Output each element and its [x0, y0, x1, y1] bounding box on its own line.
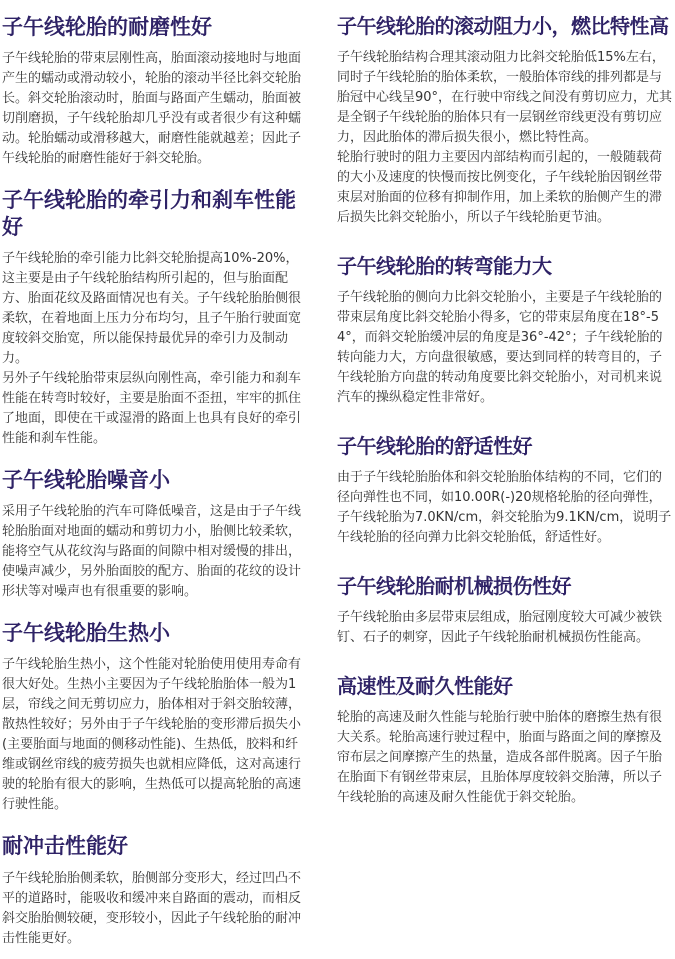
section-traction-braking: 子午线轮胎的牵引力和刹车性能好 子午线轮胎的牵引能力比斜交轮胎提高10%-20%…: [2, 187, 310, 449]
section-heading: 子午线轮胎噪音小: [2, 467, 310, 493]
section-heading: 子午线轮胎的牵引力和刹车性能好: [2, 187, 310, 240]
section-cornering: 子午线轮胎的转弯能力大 子午线轮胎的侧向力比斜交轮胎小，主要是子午线轮胎的带束层…: [337, 254, 673, 408]
section-heading: 子午线轮胎的转弯能力大: [337, 254, 673, 279]
section-impact-resistance: 耐冲击性能好 子午线轮胎胎侧柔软，胎侧部分变形大，经过凹凸不平的道路时，能吸收和…: [2, 833, 310, 948]
document-page: { "colors": { "heading": "#2e2266", "bod…: [0, 0, 675, 959]
section-wear-resistance: 子午线轮胎的耐磨性好 子午线轮胎的带束层刚性高，胎面滚动接地时与地面产生的蠕动或…: [2, 14, 310, 169]
section-paragraph: 子午线轮胎的侧向力比斜交轮胎小，主要是子午线轮胎的带束层角度比斜交轮胎小得多，它…: [337, 288, 673, 408]
section-paragraph: 子午线轮胎的牵引能力比斜交轮胎提高10%-20%，这主要是由子午线轮胎结构所引起…: [2, 249, 310, 369]
left-column: 子午线轮胎的耐磨性好 子午线轮胎的带束层刚性高，胎面滚动接地时与地面产生的蠕动或…: [2, 8, 310, 949]
section-paragraph: 轮胎的高速及耐久性能与轮胎行驶中胎体的磨擦生热有很大关系。轮胎高速行驶过程中，胎…: [337, 708, 673, 808]
section-heading: 子午线轮胎耐机械损伤性好: [337, 574, 673, 599]
section-high-speed-durability: 高速性及耐久性能好 轮胎的高速及耐久性能与轮胎行驶中胎体的磨擦生热有很大关系。轮…: [337, 674, 673, 808]
section-paragraph: 采用子午线轮胎的汽车可降低噪音，这是由于子午线轮胎胎面对地面的蠕动和剪切力小，胎…: [2, 502, 310, 602]
section-low-noise: 子午线轮胎噪音小 采用子午线轮胎的汽车可降低噪音，这是由于子午线轮胎胎面对地面的…: [2, 467, 310, 602]
section-paragraph: 子午线轮胎胎侧柔软，胎侧部分变形大，经过凹凸不平的道路时，能吸收和缓冲来自路面的…: [2, 869, 310, 949]
section-mechanical-damage-resistance: 子午线轮胎耐机械损伤性好 子午线轮胎由多层带束层组成，胎冠刚度较大可减少被铁钉、…: [337, 574, 673, 648]
section-comfort: 子午线轮胎的舒适性好 由于子午线轮胎胎体和斜交轮胎胎体结构的不同，它们的径向弹性…: [337, 434, 673, 548]
section-heading: 子午线轮胎的耐磨性好: [2, 14, 310, 40]
section-heading: 耐冲击性能好: [2, 833, 310, 859]
section-heading: 子午线轮胎生热小: [2, 620, 310, 646]
section-paragraph: 子午线轮胎由多层带束层组成，胎冠刚度较大可减少被铁钉、石子的刺穿，因此子午线轮胎…: [337, 608, 673, 648]
section-rolling-resistance: 子午线轮胎的滚动阻力小，燃比特性高 子午线轮胎结构合理其滚动阻力比斜交轮胎低15…: [337, 14, 673, 228]
section-low-heat: 子午线轮胎生热小 子午线轮胎生热小，这个性能对轮胎使用使用寿命有很大好处。生热小…: [2, 620, 310, 815]
section-paragraph: 由于子午线轮胎胎体和斜交轮胎胎体结构的不同，它们的径向弹性也不同，如10.00R…: [337, 468, 673, 548]
section-paragraph: 子午线轮胎结构合理其滚动阻力比斜交轮胎低15%左右，同时子午线轮胎的胎体柔软，一…: [337, 48, 673, 148]
section-paragraph: 子午线轮胎生热小，这个性能对轮胎使用使用寿命有很大好处。生热小主要因为子午线轮胎…: [2, 655, 310, 815]
right-column: 子午线轮胎的滚动阻力小，燃比特性高 子午线轮胎结构合理其滚动阻力比斜交轮胎低15…: [337, 8, 673, 808]
section-heading: 高速性及耐久性能好: [337, 674, 673, 699]
section-heading: 子午线轮胎的舒适性好: [337, 434, 673, 459]
section-paragraph: 子午线轮胎的带束层刚性高，胎面滚动接地时与地面产生的蠕动或滑动较小，轮胎的滚动半…: [2, 49, 310, 169]
section-paragraph: 另外子午线轮胎带束层纵向刚性高，牵引能力和刹车性能在转弯时较好，主要是胎面不歪扭…: [2, 369, 310, 449]
article: 子午线轮胎的耐磨性好 子午线轮胎的带束层刚性高，胎面滚动接地时与地面产生的蠕动或…: [0, 0, 675, 959]
section-heading: 子午线轮胎的滚动阻力小，燃比特性高: [337, 14, 673, 39]
section-paragraph: 轮胎行驶时的阻力主要因内部结构而引起的，一般随载荷的大小及速度的快慢而按比例变化…: [337, 148, 673, 228]
